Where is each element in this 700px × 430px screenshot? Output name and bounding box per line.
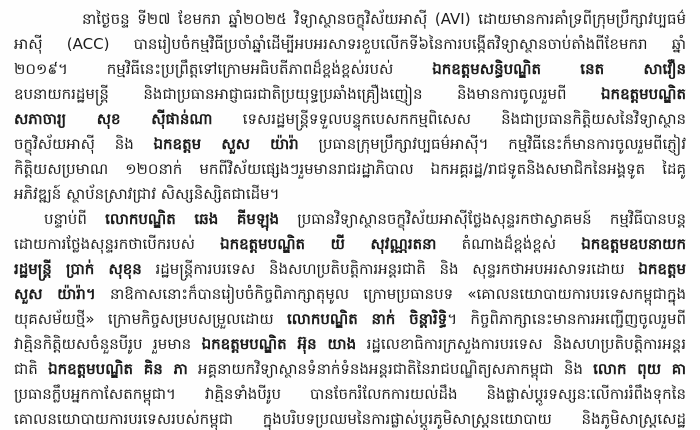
body-text: ចក្ខុវិស័យអាស៊ី និង (14, 135, 154, 153)
text-line: អភិវឌ្ឍន៍ ស្ថាប័នស្រាវជ្រាវ សិស្សនិស្សិត… (14, 182, 686, 207)
dignitary-name-text: ឯកឧត្តម សួស យ៉ារ៉ា (154, 135, 299, 153)
dignitary-name-text: ឯកឧត្តមសន្ធិបណ្ឌិត នេត សាវឿន (432, 60, 686, 78)
text-line: យុគសម័យថ្មី» ក្រោមកិច្ចសម្របសម្រួលដោយ លោ… (14, 307, 686, 332)
dignitary-name-text: ឯកឧត្តមបណ្ឌិត អ៊ុន យាង (202, 335, 356, 353)
dignitary-name-text: លោកបណ្ឌិត នាក់ ចិន្តារិទ្ធិ (287, 310, 447, 328)
dignitary-name-text: សួស យ៉ារ៉ា។ (14, 285, 96, 303)
text-line: អាស៊ី (ACC) បានរៀបចំកម្មវិធីប្រចាំឆ្នាំដ… (14, 32, 686, 57)
body-text: ទេសរដ្ឋមន្ត្រីទទួលបន្ទុកបេសកកម្មពិសេស និ… (212, 110, 686, 128)
body-text: ជាតិ (14, 360, 48, 378)
body-text: ប្រធានវិទ្យាស្ថានចក្ខុវិស័យអាស៊ីថ្លែងសុន… (279, 210, 686, 228)
text-line: វាគ្មិនកិត្តិយសចំនួនបីរូប រួមមាន ឯកឧត្តម… (14, 332, 686, 357)
text-line: នាថ្ងៃចន្ទ ទី២៧ ខែមករា ឆ្នាំ២០២៥ វិទ្យាស… (14, 7, 686, 32)
text-line: បន្ទាប់ពី លោកបណ្ឌិត ឆេង គីមឡុង ប្រធានវិទ… (14, 207, 686, 232)
body-text: ។ កិច្ចពិភាក្សានេះមានការអញ្ជើញចូលរួមពី (447, 310, 686, 328)
body-text: ២០១៩។ កម្មវិធីនេះប្រព្រឹត្តទៅក្រោមអធិបតី… (14, 60, 432, 78)
text-line: សួស យ៉ារ៉ា។ នាឱកាសនោះក៏បានរៀបចំកិច្ចពិភា… (14, 282, 686, 307)
body-text: រដ្ឋលេខាធិការក្រសួងការបរទេស និងសហប្រតិបត… (356, 335, 686, 353)
text-line: ២០១៩។ កម្មវិធីនេះប្រព្រឹត្តទៅក្រោមអធិបតី… (14, 57, 686, 82)
body-text: យុគសម័យថ្មី» ក្រោមកិច្ចសម្របសម្រួលដោយ (14, 310, 287, 328)
body-text: ដោយការថ្លែងសុន្ទរកថាបើករបស់ (14, 235, 220, 253)
body-text: បន្ទាប់ពី (44, 210, 105, 228)
dignitary-name-text: ឯកឧត្តម (638, 260, 686, 278)
text-line: សភាចារ្យ សុខ ស៊ីផាន់ណា ទេសរដ្ឋមន្ត្រីទទួ… (14, 107, 686, 132)
dignitary-name-text: សភាចារ្យ សុខ ស៊ីផាន់ណា (14, 110, 212, 128)
text-line: ប្រធានក្លឹបអ្នកកាសែតកម្ពុជា។ វាគ្មិនទាំង… (14, 382, 686, 407)
text-line: ចក្ខុវិស័យអាស៊ី និង ឯកឧត្តម សួស យ៉ារ៉ា ប… (14, 132, 686, 157)
body-text: កិត្តិយសប្រមាណ ១២០នាក់ មកពីវិស័យផ្សេងៗរួ… (14, 160, 686, 178)
document-body: នាថ្ងៃចន្ទ ទី២៧ ខែមករា ឆ្នាំ២០២៥ វិទ្យាស… (14, 7, 686, 430)
body-text: នាថ្ងៃចន្ទ ទី២៧ ខែមករា ឆ្នាំ២០២៥ វិទ្យាស… (82, 10, 686, 28)
body-text: នាឱកាសនោះក៏បានរៀបចំកិច្ចពិភាក្សាតុមូល ក្… (96, 285, 686, 303)
dignitary-name-text: លោកបណ្ឌិត ឆេង គីមឡុង (105, 210, 279, 228)
text-line: រដ្ឋមន្ត្រី ប្រាក់ សុខុន រដ្ឋមន្ត្រីការប… (14, 257, 686, 282)
document-page: នាថ្ងៃចន្ទ ទី២៧ ខែមករា ឆ្នាំ២០២៥ វិទ្យាស… (0, 0, 700, 430)
body-text: អគ្គនាយកវិទ្យាស្ថានទំនាក់ទំនងអន្តរជាតិនៃ… (188, 360, 593, 378)
body-text: គោលនយោបាយការបរទេសរបស់កម្ពុជា ក្នុងបរិបទប… (14, 410, 686, 428)
text-line: ជាតិ ឯកឧត្តមបណ្ឌិត គិន ភា អគ្គនាយកវិទ្យា… (14, 357, 686, 382)
body-text: ឧបនាយករដ្ឋមន្ត្រី និងជាប្រធានអាជ្ញាធរជាត… (14, 85, 601, 103)
text-line: ឧបនាយករដ្ឋមន្ត្រី និងជាប្រធានអាជ្ញាធរជាត… (14, 82, 686, 107)
text-line: គោលនយោបាយការបរទេសរបស់កម្ពុជា ក្នុងបរិបទប… (14, 407, 686, 430)
dignitary-name-text: ឯកឧត្តមឧបនាយក (581, 235, 686, 253)
paragraph: បន្ទាប់ពី លោកបណ្ឌិត ឆេង គីមឡុង ប្រធានវិទ… (14, 207, 686, 430)
dignitary-name-text: លោក ពុយ គា (593, 360, 686, 378)
body-text: វាគ្មិនកិត្តិយសចំនួនបីរូប រួមមាន (14, 335, 202, 353)
body-text: ប្រធានក្លឹបអ្នកកាសែតកម្ពុជា។ វាគ្មិនទាំង… (14, 385, 686, 403)
body-text: រដ្ឋមន្ត្រីការបរទេស និងសហប្រតិបត្តិការអន… (142, 260, 639, 278)
paragraph: នាថ្ងៃចន្ទ ទី២៧ ខែមករា ឆ្នាំ២០២៥ វិទ្យាស… (14, 7, 686, 207)
dignitary-name-text: ឯកឧត្តមបណ្ឌិត យី សុវណ្ណរតនា (220, 235, 436, 253)
text-line: កិត្តិយសប្រមាណ ១២០នាក់ មកពីវិស័យផ្សេងៗរួ… (14, 157, 686, 182)
body-text: តំណាងដ៏ខ្ពង់ខ្ពស់ (436, 235, 581, 253)
body-text: អាស៊ី (ACC) បានរៀបចំកម្មវិធីប្រចាំឆ្នាំដ… (14, 35, 686, 53)
dignitary-name-text: ឯកឧត្តមបណ្ឌិត គិន ភា (48, 360, 188, 378)
dignitary-name-text: រដ្ឋមន្ត្រី ប្រាក់ សុខុន (14, 260, 142, 278)
body-text: ប្រធានក្រុមប្រឹក្សាវប្បធម៌អាស៊ី។ កម្មវិធ… (299, 135, 686, 153)
body-text: អភិវឌ្ឍន៍ ស្ថាប័នស្រាវជ្រាវ សិស្សនិស្សិត… (14, 185, 280, 203)
dignitary-name-text: ឯកឧត្តមបណ្ឌិត (601, 85, 686, 103)
text-line: ដោយការថ្លែងសុន្ទរកថាបើករបស់ ឯកឧត្តមបណ្ឌិ… (14, 232, 686, 257)
